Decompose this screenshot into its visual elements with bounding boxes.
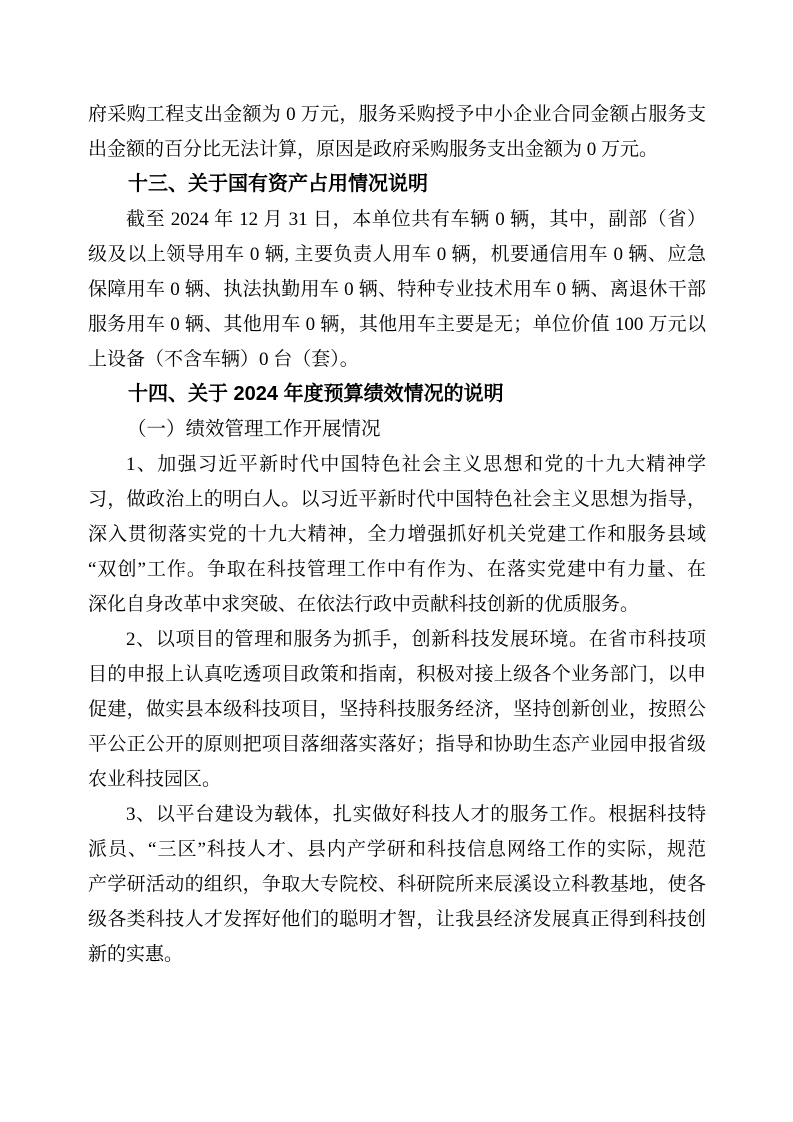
text-line: 1、加强习近平新时代中国特色社会主义思想和党的十九大精神学	[88, 447, 706, 482]
text-line: 级及以上领导用车 0 辆, 主要负责人用车 0 辆，机要通信用车 0 辆、应急	[88, 237, 706, 272]
text-line: “双创”工作。争取在科技管理工作中有作为、在落实党建中有力量、在	[88, 552, 706, 587]
document-body: 府采购工程支出金额为 0 万元，服务采购授予中小企业合同金额占服务支 出金额的百…	[88, 97, 706, 972]
subsection-heading-performance-management: （一）绩效管理工作开展情况	[88, 412, 706, 447]
text-line: 目的申报上认真吃透项目政策和指南，积极对接上级各个业务部门，以申	[88, 657, 706, 692]
text-line: 深化自身改革中求突破、在依法行政中贡献科技创新的优质服务。	[88, 587, 706, 622]
text-line: 派员、“三区”科技人才、县内产学研和科技信息网络工作的实际，规范	[88, 832, 706, 867]
text-line: 级各类科技人才发挥好他们的聪明才智，让我县经济发展真正得到科技创	[88, 902, 706, 937]
text-line: 促建，做实县本级科技项目，坚持科技服务经济，坚持创新创业，按照公	[88, 692, 706, 727]
text-line: 习，做政治上的明白人。以习近平新时代中国特色社会主义思想为指导，	[88, 482, 706, 517]
text-line: 上设备（不含车辆）0 台（套）。	[88, 342, 706, 377]
text-line: 2、以项目的管理和服务为抓手，创新科技发展环境。在省市科技项	[88, 622, 706, 657]
text-line: 服务用车 0 辆、其他用车 0 辆，其他用车主要是无；单位价值 100 万元以	[88, 307, 706, 342]
text-line: 农业科技园区。	[88, 762, 706, 797]
text-line: 府采购工程支出金额为 0 万元，服务采购授予中小企业合同金额占服务支	[88, 97, 706, 132]
text-line: 截至 2024 年 12 月 31 日，本单位共有车辆 0 辆，其中，副部（省）	[88, 202, 706, 237]
section-heading-state-assets: 十三、关于国有资产占用情况说明	[88, 167, 706, 202]
document-page: 府采购工程支出金额为 0 万元，服务采购授予中小企业合同金额占服务支 出金额的百…	[0, 0, 793, 1122]
text-line: 平公正公开的原则把项目落细落实落好；指导和协助生态产业园申报省级	[88, 727, 706, 762]
text-line: 保障用车 0 辆、执法执勤用车 0 辆、特种专业技术用车 0 辆、离退休干部	[88, 272, 706, 307]
text-line: 产学研活动的组织，争取大专院校、科研院所来辰溪设立科教基地，使各	[88, 867, 706, 902]
text-line: 出金额的百分比无法计算，原因是政府采购服务支出金额为 0 万元。	[88, 132, 706, 167]
text-line: 3、以平台建设为载体，扎实做好科技人才的服务工作。根据科技特	[88, 797, 706, 832]
section-heading-budget-performance: 十四、关于 2024 年度预算绩效情况的说明	[88, 377, 706, 412]
text-line: 新的实惠。	[88, 937, 706, 972]
text-line: 深入贯彻落实党的十九大精神，全力增强抓好机关党建工作和服务县域	[88, 517, 706, 552]
